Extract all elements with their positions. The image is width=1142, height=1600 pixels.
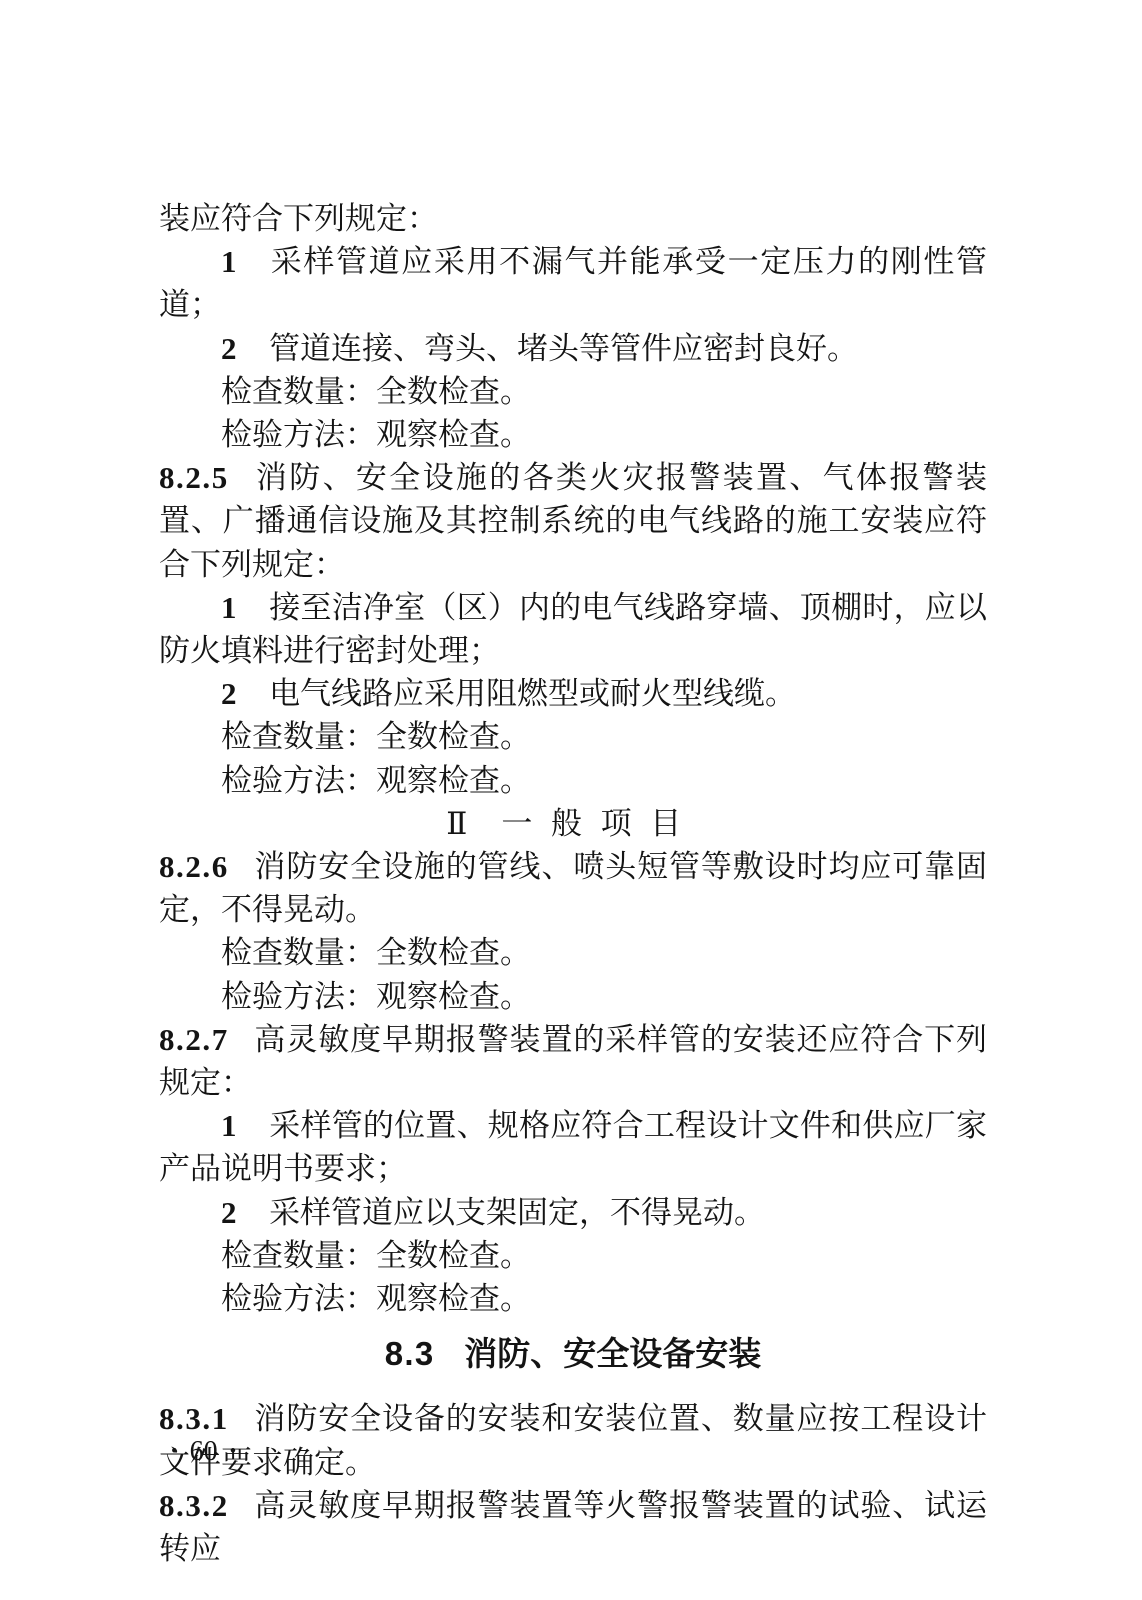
clause-number: 8.3.1 (159, 1401, 229, 1436)
clause-8-2-5: 8.2.5消防、安全设施的各类火灾报警装置、气体报警装置、广播通信设施及其控制系… (159, 456, 987, 586)
section-title: 消防、安全设备安装 (464, 1335, 761, 1372)
item-number: 2 (221, 676, 238, 711)
clause-number: 8.2.6 (159, 849, 229, 884)
clause-number: 8.2.7 (159, 1022, 229, 1057)
clause-8-3-2: 8.3.2高灵敏度早期报警装置等火警报警装置的试验、试运转应 (159, 1484, 987, 1570)
item-number: 1 (221, 590, 238, 625)
item-number: 2 (221, 1195, 238, 1230)
clause-8-2-6: 8.2.6消防安全设施的管线、喷头短管等敷设时均应可靠固定，不得晃动。 (159, 845, 987, 931)
document-content: 装应符合下列规定： 1采样管道应采用不漏气并能承受一定压力的刚性管道； 2管道连… (159, 197, 987, 1570)
item-text: 电气线路应采用阻燃型或耐火型线缆。 (269, 676, 796, 711)
footer-dot-left: • (171, 1436, 178, 1468)
numbered-item-2: 2采样管道应以支架固定，不得晃动。 (159, 1191, 987, 1234)
page-footer: • 60 • (171, 1436, 236, 1468)
clause-8-2-7: 8.2.7高灵敏度早期报警装置的采样管的安装还应符合下列规定： (159, 1018, 987, 1104)
numbered-item-1: 1采样管道应采用不漏气并能承受一定压力的刚性管道； (159, 240, 987, 326)
clause-text: 高灵敏度早期报警装置的采样管的安装还应符合下列规定： (159, 1022, 987, 1100)
numbered-item-1: 1采样管的位置、规格应符合工程设计文件和供应厂家产品说明书要求； (159, 1104, 987, 1190)
check-method-line: 检验方法：观察检查。 (159, 1277, 987, 1320)
clause-8-3-1: 8.3.1消防安全设备的安装和安装位置、数量应按工程设计文件要求确定。 (159, 1397, 987, 1483)
item-number: 2 (221, 331, 238, 366)
subsection-heading-general-items: Ⅱ一般项目 (159, 802, 987, 845)
clause-text: 消防安全设施的管线、喷头短管等敷设时均应可靠固定，不得晃动。 (159, 849, 987, 927)
item-text: 接至洁净室（区）内的电气线路穿墙、顶棚时，应以防火填料进行密封处理； (159, 590, 987, 668)
document-page: 装应符合下列规定： 1采样管道应采用不漏气并能承受一定压力的刚性管道； 2管道连… (0, 0, 1142, 1600)
footer-dot-right: • (230, 1436, 237, 1468)
item-text: 管道连接、弯头、堵头等管件应密封良好。 (269, 331, 858, 366)
paragraph-continuation: 装应符合下列规定： (159, 197, 987, 240)
check-quantity-line: 检查数量：全数检查。 (159, 1234, 987, 1277)
numbered-item-1: 1接至洁净室（区）内的电气线路穿墙、顶棚时，应以防火填料进行密封处理； (159, 586, 987, 672)
clause-text: 消防安全设备的安装和安装位置、数量应按工程设计文件要求确定。 (159, 1401, 987, 1479)
check-method-line: 检验方法：观察检查。 (159, 413, 987, 456)
numbered-item-2: 2管道连接、弯头、堵头等管件应密封良好。 (159, 327, 987, 370)
subsection-numeral: Ⅱ (446, 806, 467, 841)
page-number: 60 (190, 1436, 218, 1468)
check-quantity-line: 检查数量：全数检查。 (159, 931, 987, 974)
check-quantity-line: 检查数量：全数检查。 (159, 715, 987, 758)
item-text: 采样管道应采用不漏气并能承受一定压力的刚性管道； (159, 244, 987, 322)
clause-number: 8.3.2 (159, 1488, 229, 1523)
item-text: 采样管道应以支架固定，不得晃动。 (269, 1195, 765, 1230)
subsection-title: 一般项目 (501, 806, 699, 841)
clause-text: 消防、安全设施的各类火灾报警装置、气体报警装置、广播通信设施及其控制系统的电气线… (159, 460, 987, 581)
item-number: 1 (221, 244, 238, 279)
section-number: 8.3 (385, 1335, 435, 1372)
clause-text: 高灵敏度早期报警装置等火警报警装置的试验、试运转应 (159, 1488, 987, 1566)
section-heading-8-3: 8.3消防、安全设备安装 (159, 1332, 987, 1375)
numbered-item-2: 2电气线路应采用阻燃型或耐火型线缆。 (159, 672, 987, 715)
item-number: 1 (221, 1108, 238, 1143)
check-method-line: 检验方法：观察检查。 (159, 975, 987, 1018)
item-text: 采样管的位置、规格应符合工程设计文件和供应厂家产品说明书要求； (159, 1108, 987, 1186)
check-quantity-line: 检查数量：全数检查。 (159, 370, 987, 413)
clause-number: 8.2.5 (159, 460, 229, 495)
check-method-line: 检验方法：观察检查。 (159, 759, 987, 802)
